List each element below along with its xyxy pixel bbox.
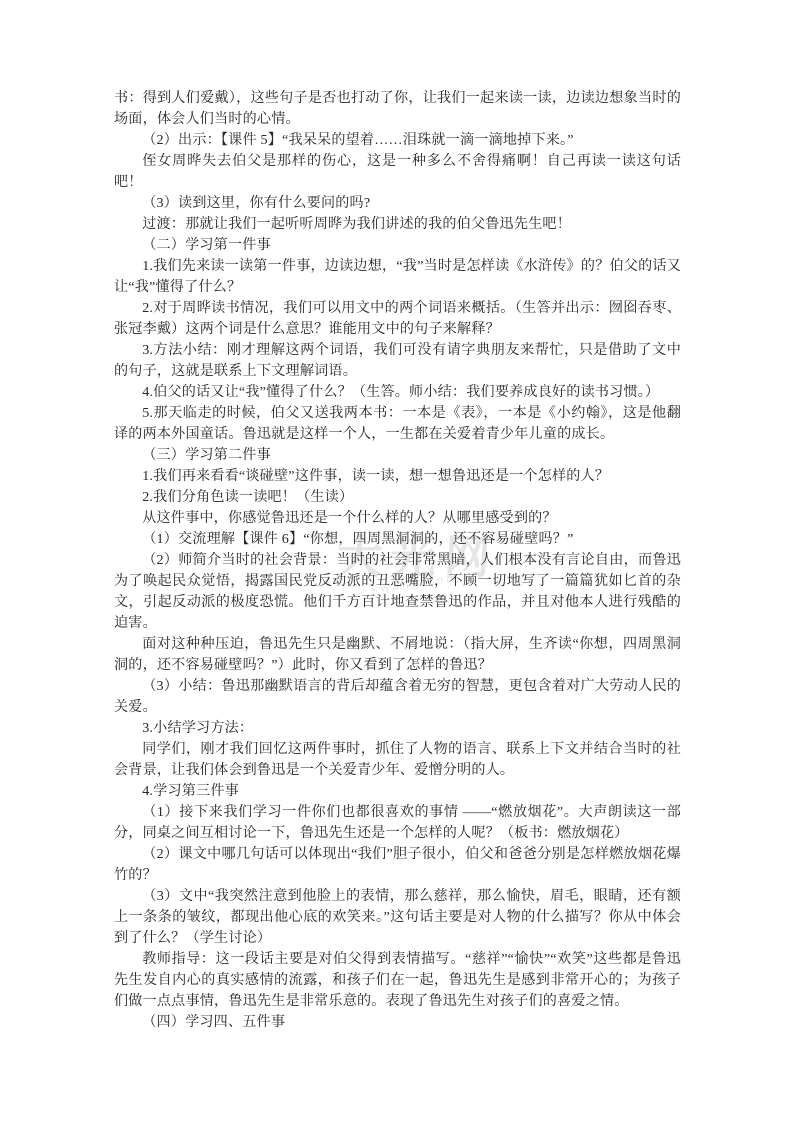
paragraph: 4.学习第三件事 (114, 781, 681, 802)
paragraph: 过渡：那就让我们一起听听周晔为我们讲述的我的伯父鲁迅先生吧！ (114, 214, 681, 235)
paragraph: （1）交流理解【课件 6】“你想，四周黑洞洞的，还不容易碰壁吗？” (114, 529, 681, 550)
paragraph: 书：得到人们爱戴），这些句子是否也打动了你，让我们一起来读一读，边读边想象当时的… (114, 88, 681, 130)
paragraph: 4.伯父的话又让“我”懂得了什么？（生答。师小结：我们要养成良好的读书习惯。） (114, 382, 681, 403)
paragraph: 侄女周晔失去伯父是那样的伤心，这是一种多么不舍得痛啊！自己再读一读这句话吧！ (114, 151, 681, 193)
paragraph: （三）学习第二件事 (114, 445, 681, 466)
paragraph: （3）小结：鲁迅那幽默语言的背后却蕴含着无穷的智慧，更包含着对广大劳动人民的关爱… (114, 676, 681, 718)
paragraph: （二）学习第一件事 (114, 235, 681, 256)
paragraph: 5.那天临走的时候，伯父又送我两本书：一本是《表》，一本是《小约翰》，这是他翻译… (114, 403, 681, 445)
paragraph: 从这件事中，你感觉鲁迅还是一个什么样的人？从哪里感受到的？ (114, 508, 681, 529)
paragraph: 2.对于周晔读书情况，我们可以用文中的两个词语来概括。（生答并出示：囫囵吞枣、张… (114, 298, 681, 340)
paragraph: （2）课文中哪几句话可以体现出“我们”胆子很小，伯父和爸爸分别是怎样燃放烟花爆竹… (114, 844, 681, 886)
paragraph: 教师指导：这一段话主要是对伯父得到表情描写。“慈祥”“愉快”“欢笑”这些都是鲁迅… (114, 949, 681, 1012)
paragraph: （2）出示：【课件 5】“我呆呆的望着……泪珠就一滴一滴地掉下来。” (114, 130, 681, 151)
document-page: 大光网 kwang.com 书：得到人们爱戴），这些句子是否也打动了你，让我们一… (0, 0, 793, 1122)
paragraph: （四）学习四、五件事 (114, 1012, 681, 1033)
paragraph: 2.我们分角色读一读吧！（生读） (114, 487, 681, 508)
paragraph: 3.方法小结：刚才理解这两个词语，我们可没有请字典朋友来帮忙，只是借助了文中的句… (114, 340, 681, 382)
paragraph: （3）文中“我突然注意到他脸上的表情，那么慈祥，那么愉快，眉毛，眼睛，还有额上一… (114, 886, 681, 949)
paragraph: 1.我们再来看看“谈碰壁”这件事，读一读，想一想鲁迅还是一个怎样的人？ (114, 466, 681, 487)
paragraph: 1.我们先来读一读第一件事，边读边想，“我”当时是怎样读《水浒传》的？伯父的话又… (114, 256, 681, 298)
paragraph: 面对这种种压迫，鲁迅先生只是幽默、不屑地说：（指大屏，生齐读“你想，四周黑洞洞的… (114, 634, 681, 676)
paragraph: 3.小结学习方法： (114, 718, 681, 739)
document-body: 书：得到人们爱戴），这些句子是否也打动了你，让我们一起来读一读，边读边想象当时的… (114, 88, 681, 1033)
paragraph: 同学们，刚才我们回忆这两件事时，抓住了人物的语言、联系上下文并结合当时的社会背景… (114, 739, 681, 781)
paragraph: （1）接下来我们学习一件你们也都很喜欢的事情 ——“燃放烟花”。大声朗读这一部分… (114, 802, 681, 844)
paragraph: （2）师简介当时的社会背景：当时的社会非常黑暗，人们根本没有言论自由，而鲁迅为了… (114, 550, 681, 634)
paragraph: （3）读到这里，你有什么要问的吗? (114, 193, 681, 214)
